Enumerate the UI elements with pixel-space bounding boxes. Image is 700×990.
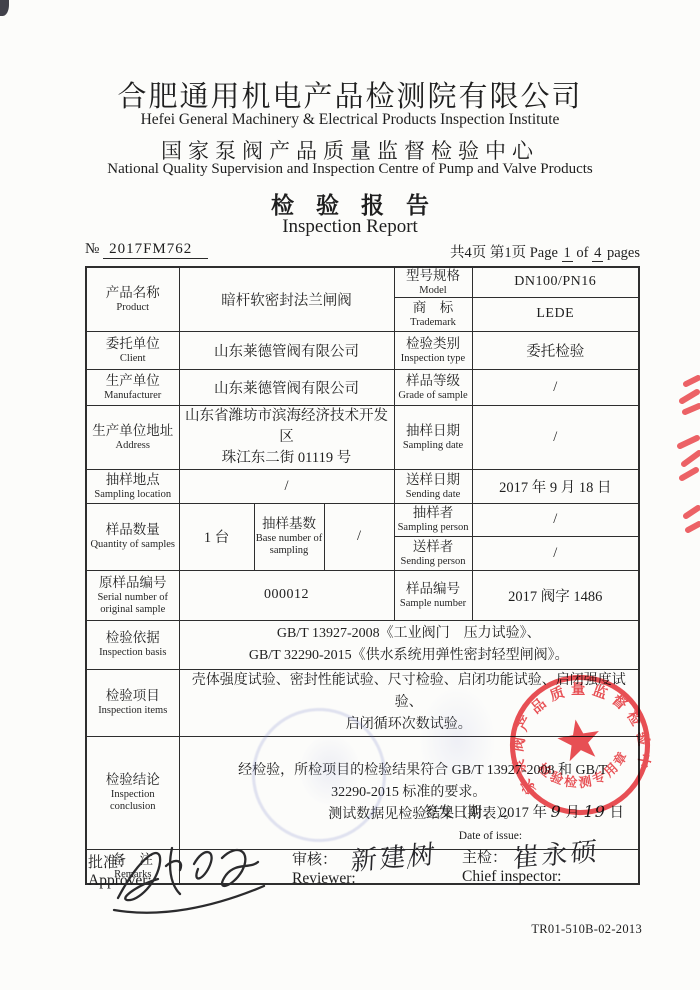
label-cn: 抽样基数 bbox=[255, 516, 324, 533]
inspection-report-page: 合肥通用机电产品检测院有限公司 Hefei General Machinery … bbox=[0, 0, 700, 990]
label-en: Grade of sample bbox=[395, 390, 472, 402]
basis-label: 检验依据 Inspection basis bbox=[86, 620, 179, 669]
label-en: Inspection conclusion bbox=[87, 789, 179, 813]
label-cn: 型号规格 bbox=[395, 268, 472, 285]
form-code: TR01-510B-02-2013 bbox=[531, 922, 642, 937]
label-cn: 原样品编号 bbox=[87, 575, 179, 592]
label-en: Product bbox=[87, 302, 179, 314]
pagination: 共4页 第1页 Page 1 of 4 pages bbox=[450, 241, 640, 262]
approver-signature bbox=[108, 834, 278, 924]
label-en: Sampling date bbox=[395, 440, 472, 452]
label-cn: 检验类别 bbox=[395, 336, 472, 353]
label-en: Client bbox=[87, 353, 179, 365]
base-number-label: 抽样基数 Base number of sampling bbox=[254, 503, 324, 570]
seal-star-icon bbox=[555, 716, 604, 763]
trademark-value: LEDE bbox=[472, 297, 639, 331]
inspection-type-label: 检验类别 Inspection type bbox=[394, 331, 472, 369]
label-en: Sending date bbox=[395, 489, 472, 501]
basis-value: GB/T 13927-2008《工业阀门 压力试验》、 GB/T 32290-2… bbox=[179, 620, 639, 669]
model-label: 型号规格 Model bbox=[394, 267, 472, 297]
edge-stamp-fragment bbox=[674, 368, 700, 538]
sample-number-label: 样品编号 Sample number bbox=[394, 570, 472, 620]
items-label: 检验项目 Inspection items bbox=[86, 669, 179, 736]
sending-date-label: 送样日期 Sending date bbox=[394, 469, 472, 503]
issue-date-label: 签发日期： bbox=[424, 805, 497, 821]
sending-person-value: / bbox=[472, 536, 639, 570]
conclusion-label: 检验结论 Inspection conclusion bbox=[86, 736, 179, 849]
label-en: Inspection basis bbox=[87, 647, 179, 659]
company-name-en: Hefei General Machinery & Electrical Pro… bbox=[0, 111, 700, 129]
label-cn: 检验结论 bbox=[87, 772, 179, 789]
client-label: 委托单位 Client bbox=[86, 331, 179, 369]
address-label: 生产单位地址 Address bbox=[86, 405, 179, 469]
label-en: Quantity of samples bbox=[87, 539, 179, 551]
scan-corner-artifact bbox=[0, 0, 9, 16]
inspection-type-value: 委托检验 bbox=[472, 331, 639, 369]
label-en: Manufacturer bbox=[87, 390, 179, 402]
seal-bottom-text: 检验检测专用章 bbox=[533, 745, 636, 797]
label-cn: 送样者 bbox=[395, 539, 472, 556]
pagination-cn: 共4页 第1页 bbox=[450, 245, 526, 261]
label-cn: 样品等级 bbox=[395, 373, 472, 390]
of-word: of bbox=[576, 245, 588, 261]
label-cn: 检验项目 bbox=[87, 688, 179, 705]
issue-date-label-en: Date of issue: bbox=[459, 825, 522, 847]
label-cn: 生产单位 bbox=[87, 373, 179, 390]
label-cn: 商 标 bbox=[395, 300, 472, 317]
label-cn: 生产单位地址 bbox=[87, 423, 179, 440]
label-cn: 样品数量 bbox=[87, 522, 179, 539]
label-en: Base number of sampling bbox=[255, 533, 324, 557]
manufacturer-label: 生产单位 Manufacturer bbox=[86, 369, 179, 405]
seal-bottom-textpath: 检验检测专用章 bbox=[533, 745, 636, 797]
page-current: 1 bbox=[562, 245, 573, 262]
label-cn: 抽样者 bbox=[395, 505, 472, 522]
label-cn: 样品编号 bbox=[395, 581, 472, 598]
quantity-label: 样品数量 Quantity of samples bbox=[86, 503, 179, 570]
label-en: Serial number of original sample bbox=[87, 592, 179, 616]
company-name-cn: 合肥通用机电产品检测院有限公司 bbox=[0, 74, 700, 115]
faint-blue-stamp-smudge bbox=[300, 735, 360, 805]
address-value: 山东省潍坊市滨海经济技术开发区 珠江东二街 01119 号 bbox=[179, 405, 394, 469]
no-symbol: № bbox=[85, 241, 99, 257]
label-cn: 抽样地点 bbox=[87, 472, 179, 489]
sampling-person-value: / bbox=[472, 503, 639, 536]
label-cn: 抽样日期 bbox=[395, 423, 472, 440]
reviewer-label-en: Reviewer: bbox=[292, 870, 356, 888]
sampling-location-value: / bbox=[179, 469, 394, 503]
sampling-date-label: 抽样日期 Sampling date bbox=[394, 405, 472, 469]
label-en: Address bbox=[87, 440, 179, 452]
product-label: 产品名称 Product bbox=[86, 267, 179, 331]
serial-number-label: 原样品编号 Serial number of original sample bbox=[86, 570, 179, 620]
trademark-label: 商 标 Trademark bbox=[394, 297, 472, 331]
product-value: 暗杆软密封法兰闸阀 bbox=[179, 267, 394, 331]
label-cn: 送样日期 bbox=[395, 472, 472, 489]
sending-date-value: 2017 年 9 月 18 日 bbox=[472, 469, 639, 503]
label-en: Model bbox=[395, 285, 472, 297]
manufacturer-value: 山东莱德管阀有限公司 bbox=[179, 369, 394, 405]
sample-number-value: 2017 阀字 1486 bbox=[472, 570, 639, 620]
address-line1: 山东省潍坊市滨海经济技术开发区 bbox=[180, 406, 394, 448]
model-value: DN100/PN16 bbox=[472, 267, 639, 297]
quantity-value: 1 台 bbox=[179, 503, 254, 570]
label-en: Sending person bbox=[395, 556, 472, 568]
sampling-person-label: 抽样者 Sampling person bbox=[394, 503, 472, 536]
pages-word: pages bbox=[607, 245, 640, 261]
label-en: Sampling location bbox=[87, 489, 179, 501]
report-title-en: Inspection Report bbox=[0, 216, 700, 238]
basis-line2: GB/T 32290-2015《供水系统用弹性密封轻型闸阀》。 bbox=[180, 645, 639, 667]
label-cn: 委托单位 bbox=[87, 336, 179, 353]
page-total: 4 bbox=[592, 245, 603, 262]
label-en: Trademark bbox=[395, 317, 472, 329]
label-cn: 产品名称 bbox=[87, 285, 179, 302]
faint-blue-stamp-smudge bbox=[418, 686, 496, 794]
page-word: Page bbox=[530, 245, 558, 261]
center-name-en: National Quality Supervision and Inspect… bbox=[0, 161, 700, 178]
sending-person-label: 送样者 Sending person bbox=[394, 536, 472, 570]
base-number-value: / bbox=[324, 503, 394, 570]
label-en: Inspection type bbox=[395, 353, 472, 365]
client-value: 山东莱德管阀有限公司 bbox=[179, 331, 394, 369]
sampling-date-value: / bbox=[472, 405, 639, 469]
inspection-seal: 国家泵阀产品质量监督检验中心 检验检测专用章 bbox=[494, 659, 665, 830]
address-line2: 珠江东二街 01119 号 bbox=[180, 448, 394, 469]
document-number: № 2017FM762 bbox=[85, 241, 208, 258]
serial-number-value: 000012 bbox=[179, 570, 394, 620]
basis-line1: GB/T 13927-2008《工业阀门 压力试验》、 bbox=[180, 623, 639, 645]
grade-label: 样品等级 Grade of sample bbox=[394, 369, 472, 405]
document-number-value: 2017FM762 bbox=[103, 241, 208, 259]
reviewer-label-cn: 审核： bbox=[292, 848, 337, 869]
chief-inspector-label-cn: 主检： bbox=[462, 846, 507, 867]
label-en: Sample number bbox=[395, 598, 472, 610]
label-en: Sampling person bbox=[395, 522, 472, 534]
chief-inspector-signature: 崔永硕 bbox=[512, 830, 601, 875]
sampling-location-label: 抽样地点 Sampling location bbox=[86, 469, 179, 503]
grade-value: / bbox=[472, 369, 639, 405]
label-cn: 检验依据 bbox=[87, 630, 179, 647]
label-en: Inspection items bbox=[87, 705, 179, 717]
reviewer-signature: 新建树 bbox=[350, 833, 439, 878]
